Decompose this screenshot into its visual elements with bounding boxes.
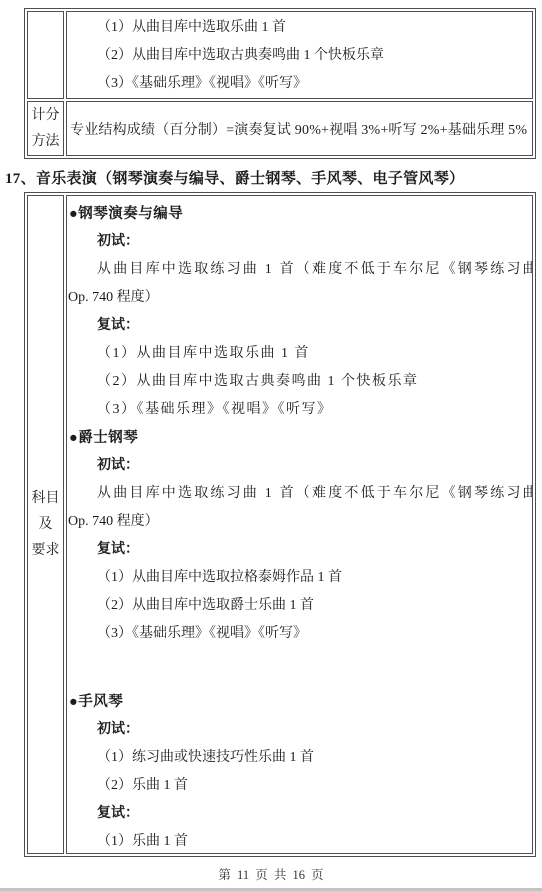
content-line: （2）乐曲 1 首: [67, 772, 532, 800]
subjects-content: ●钢琴演奏与编导初试：从曲目库中选取练习曲 1 首（难度不低于车尔尼《钢琴练习曲…: [66, 195, 533, 854]
content-line: （2）从曲目库中选取古典奏鸣曲 1 个快板乐章: [67, 368, 532, 396]
content-line: ●钢琴演奏与编导: [67, 200, 532, 228]
content-line: （3）《基础乐理》《视唱》《听写》: [67, 396, 532, 424]
content-line: （1）乐曲 1 首: [67, 828, 532, 854]
content-line: 初试：: [67, 716, 532, 744]
content-line: Op. 740 程度）: [67, 284, 532, 312]
content-line: ●爵士钢琴: [67, 424, 532, 452]
content-line: （2）从曲目库中选取爵士乐曲 1 首: [67, 592, 532, 620]
scoring-formula-cell: 专业结构成绩（百分制）=演奏复试 90%+视唱 3%+听写 2%+基础乐理 5%: [66, 101, 533, 156]
content-line: ●手风琴: [67, 688, 532, 716]
scoring-formula: 专业结构成绩（百分制）=演奏复试 90%+视唱 3%+听写 2%+基础乐理 5%: [70, 119, 527, 139]
content-line: 从曲目库中选取练习曲 1 首（难度不低于车尔尼《钢琴练习曲》: [67, 480, 532, 508]
section-heading: 17、音乐表演（钢琴演奏与编导、爵士钢琴、手风琴、电子管风琴）: [5, 167, 464, 188]
content-line: 复试：: [67, 312, 532, 340]
empty-label-cell: [27, 11, 64, 99]
content-line: 初试：: [67, 228, 532, 256]
exam-table-top: （1）从曲目库中选取乐曲 1 首（2）从曲目库中选取古典奏鸣曲 1 个快板乐章（…: [24, 8, 536, 159]
exam-table-music-performance: 科目及 要求 ●钢琴演奏与编导初试：从曲目库中选取练习曲 1 首（难度不低于车尔…: [24, 192, 536, 857]
content-line: （3）《基础乐理》《视唱》《听写》: [97, 70, 532, 98]
content-line: （3）《基础乐理》《视唱》《听写》: [67, 620, 532, 648]
blank-line: [67, 648, 532, 688]
content-line: 初试：: [67, 452, 532, 480]
scoring-method-label: 计分 方法: [27, 101, 64, 156]
subjects-label-line2: 要求: [32, 538, 60, 564]
page-number: 第 11 页 共 16 页: [0, 865, 542, 883]
scoring-method-label-line2: 方法: [32, 129, 60, 155]
content-line: 复试：: [67, 536, 532, 564]
content-line: （1）从曲目库中选取拉格泰姆作品 1 首: [67, 564, 532, 592]
content-line: （1）从曲目库中选取乐曲 1 首: [97, 14, 532, 42]
subjects-requirements-label: 科目及 要求: [27, 195, 64, 854]
content-line: （2）从曲目库中选取古典奏鸣曲 1 个快板乐章: [97, 42, 532, 70]
subjects-label-line1: 科目及: [28, 486, 63, 538]
content-line: Op. 740 程度）: [67, 508, 532, 536]
retest-items-list: （1）从曲目库中选取乐曲 1 首（2）从曲目库中选取古典奏鸣曲 1 个快板乐章（…: [66, 11, 533, 99]
content-line: 复试：: [67, 800, 532, 828]
content-line: （1）从曲目库中选取乐曲 1 首: [67, 340, 532, 368]
content-line: 从曲目库中选取练习曲 1 首（难度不低于车尔尼《钢琴练习曲》: [67, 256, 532, 284]
content-line: （1）练习曲或快速技巧性乐曲 1 首: [67, 744, 532, 772]
scoring-method-label-line1: 计分: [32, 103, 60, 129]
